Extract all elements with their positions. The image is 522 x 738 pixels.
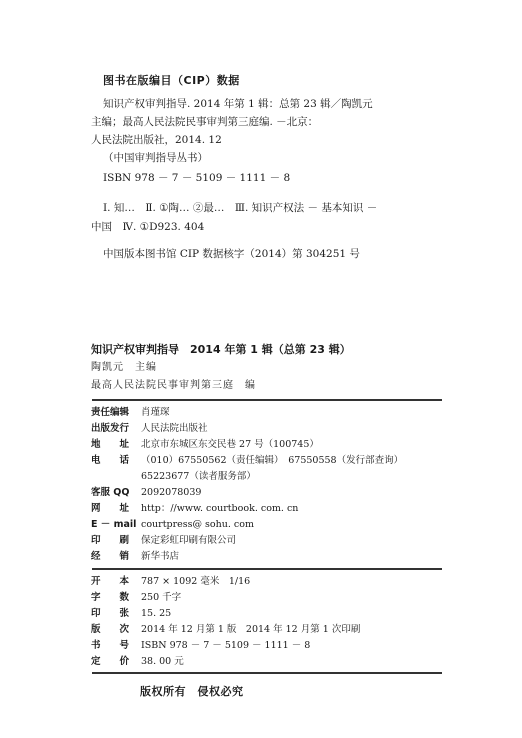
info-label: 网 址 (91, 503, 141, 515)
compiler-line: 最高人民法院民事审判第三庭 编 (91, 376, 256, 391)
spec-row-edition: 版 次2014 年 12 月第 1 版 2014 年 12 月第 1 次印刷 (91, 624, 360, 636)
info-label: 地 址 (91, 439, 141, 451)
info-value: 2092078039 (141, 487, 201, 499)
info-value: 保定彩虹印刷有限公司 (141, 535, 236, 547)
info-label: 出版发行 (91, 423, 141, 435)
info-value: 肖瑾琛 (141, 407, 170, 419)
info-row-phone: 电 话（010）67550562（责任编辑） 67550558（发行部查询） (91, 455, 403, 467)
info-value: 北京市东城区东交民巷 27 号（100745） (141, 439, 319, 451)
info-row-publisher: 出版发行人民法院出版社 (91, 423, 208, 435)
spec-value: 15. 25 (141, 608, 171, 620)
copyright-notice: 版权所有 侵权必究 (140, 683, 244, 699)
spec-label: 字 数 (91, 592, 141, 604)
info-value: 新华书店 (141, 551, 179, 563)
spec-label: 印 张 (91, 608, 141, 620)
divider-rule (92, 399, 442, 401)
spec-value: ISBN 978 － 7 － 5109 － 1111 － 8 (141, 640, 310, 652)
info-label: 印 刷 (91, 535, 141, 547)
editor-line: 陶凯元 主编 (91, 358, 157, 373)
info-value: 65223677（读者服务部） (141, 471, 256, 483)
info-row-printer: 印 刷保定彩虹印刷有限公司 (91, 535, 236, 547)
info-row-distributor: 经 销新华书店 (91, 551, 179, 563)
info-row-email: E － mailcourtpress@ sohu. com (91, 519, 254, 531)
info-row-address: 地 址北京市东城区东交民巷 27 号（100745） (91, 439, 319, 451)
cip-isbn: ISBN 978 － 7 － 5109 － 1111 － 8 (103, 170, 290, 186)
info-value: （010）67550562（责任编辑） 67550558（发行部查询） (141, 455, 403, 467)
cip-line: （中国审判指导丛书） (103, 150, 208, 166)
divider-rule (92, 568, 442, 570)
spec-value: 2014 年 12 月第 1 版 2014 年 12 月第 1 次印刷 (141, 624, 360, 636)
info-row-phone-2: 65223677（读者服务部） (91, 471, 256, 483)
info-row-website: 网 址http：//www. courtbook. com. cn (91, 503, 298, 515)
spec-row-isbn: 书 号ISBN 978 － 7 － 5109 － 1111 － 8 (91, 640, 310, 652)
info-label: 客服 QQ (91, 487, 141, 499)
cip-record-number: 中国版本图书馆 CIP 数据核字（2014）第 304251 号 (103, 246, 360, 262)
cip-title: 图书在版编目（CIP）数据 (103, 72, 240, 88)
spec-label: 书 号 (91, 640, 141, 652)
spec-label: 定 价 (91, 656, 141, 668)
spec-value: 38. 00 元 (141, 656, 184, 668)
info-label: E － mail (91, 519, 141, 531)
info-label: 电 话 (91, 455, 141, 467)
spec-value: 787 × 1092 毫米 1/16 (141, 576, 250, 588)
divider-rule (92, 672, 442, 674)
cip-line: 知识产权审判指导. 2014 年第 1 辑：总第 23 辑／陶凯元 (103, 96, 373, 112)
spec-label: 版 次 (91, 624, 141, 636)
spec-row-sheets: 印 张15. 25 (91, 608, 171, 620)
cip-line: 主编；最高人民法院民事审判第三庭编. －北京： (91, 114, 318, 130)
book-title: 知识产权审判指导 2014 年第 1 辑（总第 23 辑） (91, 341, 351, 357)
info-row-editor: 责任编辑肖瑾琛 (91, 407, 170, 419)
cip-classification: Ⅰ. 知… Ⅱ. ①陶… ②最… Ⅲ. 知识产权法 － 基本知识 － (103, 200, 377, 216)
info-label: 责任编辑 (91, 407, 141, 419)
info-row-qq: 客服 QQ2092078039 (91, 487, 201, 499)
website-link: http：//www. courtbook. com. cn (141, 503, 298, 515)
cip-line: 人民法院出版社，2014. 12 (91, 132, 222, 148)
info-label: 经 销 (91, 551, 141, 563)
spec-row-format: 开 本787 × 1092 毫米 1/16 (91, 576, 250, 588)
spec-value: 250 千字 (141, 592, 181, 604)
spec-label: 开 本 (91, 576, 141, 588)
spec-row-word-count: 字 数250 千字 (91, 592, 181, 604)
info-value: 人民法院出版社 (141, 423, 208, 435)
cip-classification-cont: 中国 Ⅳ. ①D923. 404 (91, 219, 204, 235)
email-address: courtpress@ sohu. com (141, 519, 254, 531)
spec-row-price: 定 价38. 00 元 (91, 656, 184, 668)
